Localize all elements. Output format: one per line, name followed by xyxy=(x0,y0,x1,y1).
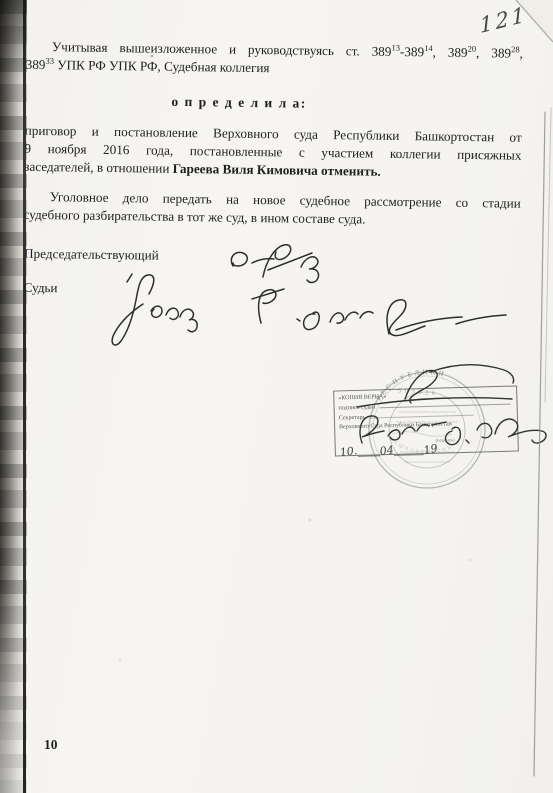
signature-caption: (подпись) xyxy=(435,436,454,445)
handwritten-date-day: 10. xyxy=(339,446,358,458)
presiding-judge-label: Председательствующий xyxy=(24,246,159,264)
defendant-name-bold: Гареева Виля Кимовича отменить. xyxy=(173,161,381,179)
ruling-paragraph-2: Уголовное дело передать на новое судебно… xyxy=(23,188,520,231)
article-superscript: 28 xyxy=(511,44,520,54)
copy-certification-stamp: «КОПИЯ ВЕРНА» подпись судьи Секретарь Ве… xyxy=(333,385,519,456)
handwritten-date-month: 04 xyxy=(379,445,394,457)
scan-edge-dark-line xyxy=(23,0,26,793)
ruling-intro-paragraph: Учитывая вышеизложенное и руководствуясь… xyxy=(26,38,523,81)
date-line xyxy=(357,446,379,457)
page-number: 10 xyxy=(44,737,58,753)
article-superscript: 14 xyxy=(424,43,433,53)
scanned-court-document-page: РЕСПУБЛИКИ БАШКОРТОСТАН 503026 Учитывая … xyxy=(0,0,553,793)
handwritten-date-year: 19 xyxy=(422,443,438,456)
judges-label: Судьи xyxy=(23,280,57,296)
stamp-secretary-line xyxy=(369,409,474,419)
ruling-paragraph-1: приговор и постановление Верховного суда… xyxy=(24,122,522,183)
date-line xyxy=(393,445,423,456)
article-superscript: 13 xyxy=(391,43,400,53)
ruling-heading: о п р е д е л и л а: xyxy=(25,92,453,114)
